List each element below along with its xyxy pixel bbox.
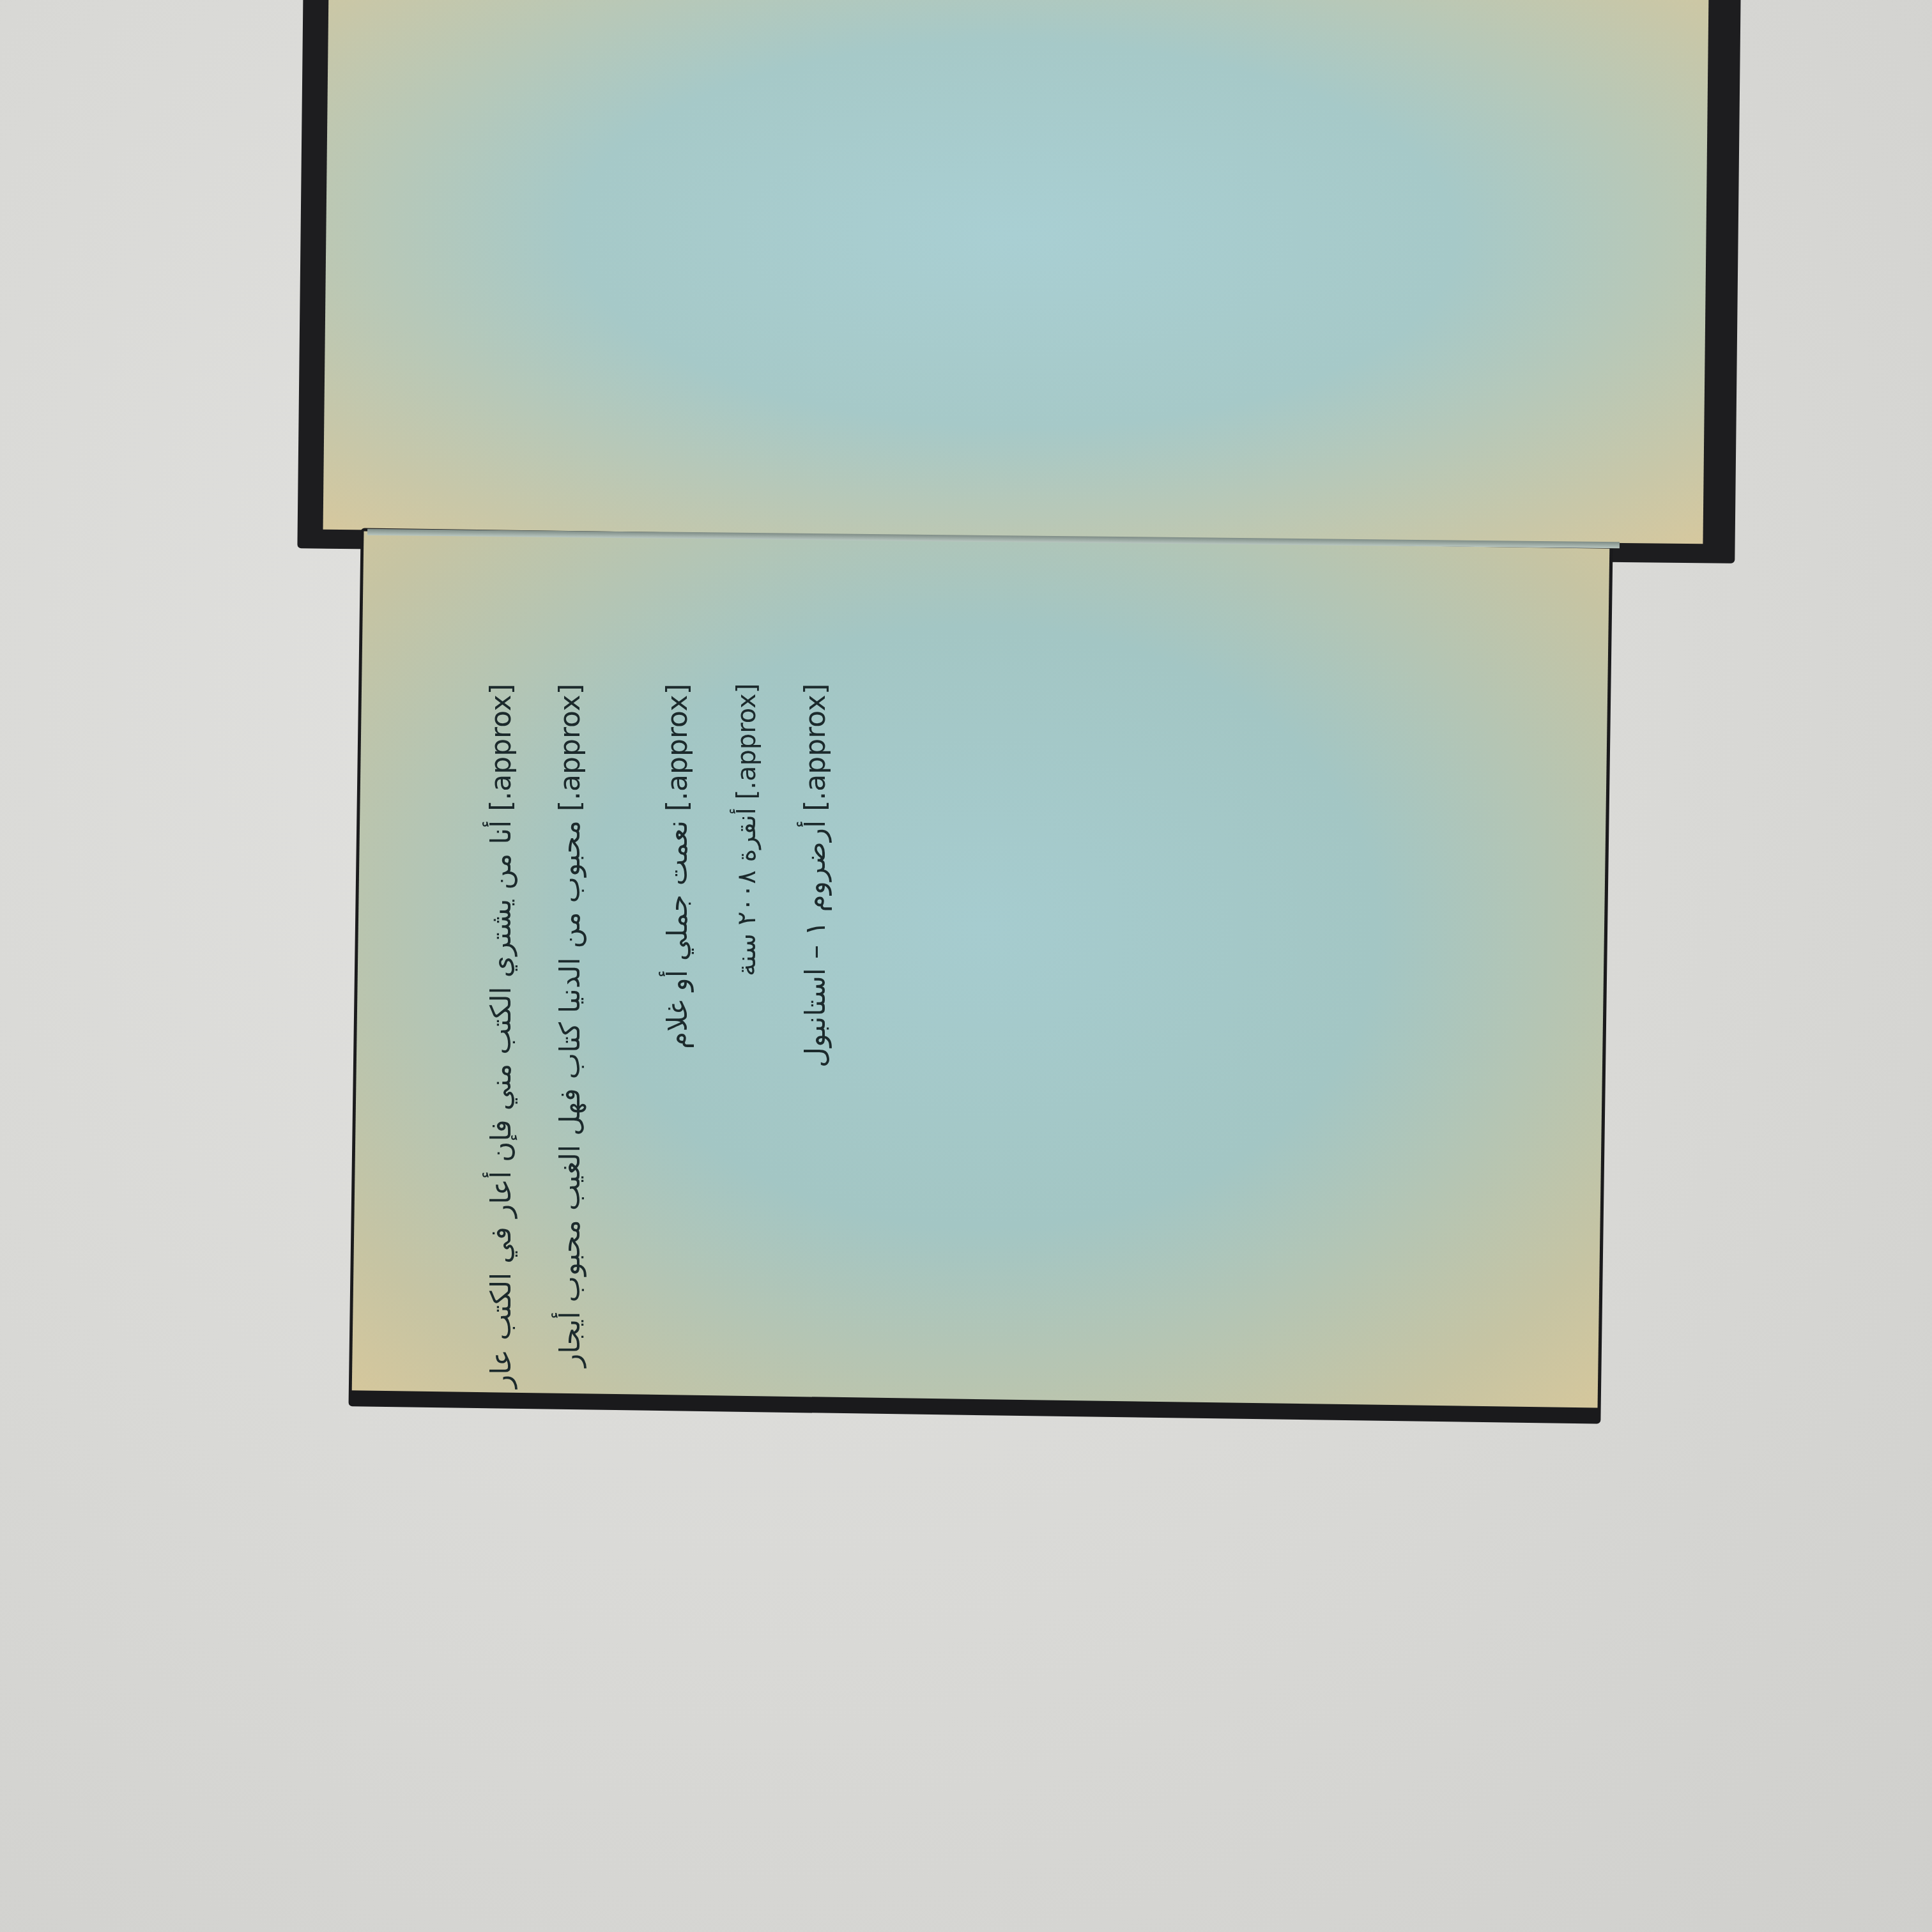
inscription-line-1: [approx.] أنا من يشتري الكتب مني فإن أعا… <box>473 684 530 1271</box>
inscription-line-2: [approx.] محبوب من الدنيا كتاب فهل الغيب… <box>542 684 599 1271</box>
handwritten-inscription: [approx.] أنا من يشتري الكتب مني فإن أعا… <box>473 684 805 1271</box>
inscription-signature: [approx.] أرضروم ١ – استانبول <box>787 684 845 1271</box>
inscription-gap <box>611 684 649 1271</box>
inscription-date: [approx.] أنقرة ٢٠٠٨ سنة <box>718 684 776 1271</box>
endpaper-upper <box>323 0 1709 544</box>
inscription-line-3: [approx.] نعمت جملي أو غلام <box>649 684 707 1271</box>
